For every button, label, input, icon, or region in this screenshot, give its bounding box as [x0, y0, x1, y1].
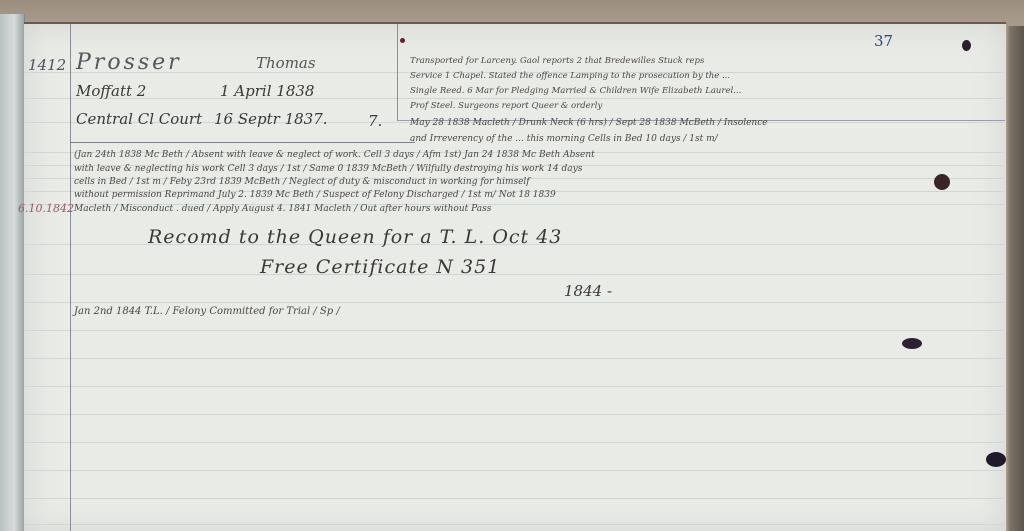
- rule-line: [24, 98, 1004, 99]
- rule-line: [24, 386, 1004, 387]
- rule-line: [24, 524, 1004, 525]
- column-divider: [397, 24, 398, 120]
- rule-line: [24, 358, 1004, 359]
- trial-date: 16 Septr 1837.: [214, 110, 328, 128]
- offence-line: and Irreverency of the ... this morning …: [410, 134, 718, 144]
- forename: Thomas: [256, 54, 316, 72]
- ship-name: Moffatt 2: [76, 82, 146, 100]
- margin-line: [70, 24, 71, 531]
- rule-line: [24, 470, 1004, 471]
- offence-line: (Jan 24th 1838 Mc Beth / Absent with lea…: [74, 150, 595, 160]
- offence-line: cells in Bed / 1st m / Feby 23rd 1839 Mc…: [74, 177, 530, 187]
- court-name: Central Cl Court: [76, 110, 202, 128]
- free-certificate: Free Certificate N 351: [260, 256, 500, 278]
- description-line: Prof Steel. Surgeons report Queer & orde…: [410, 101, 602, 111]
- page-number: 37: [874, 32, 893, 50]
- left-page-edge: [0, 14, 25, 531]
- final-entry: Jan 2nd 1844 T.L. / Felony Committed for…: [74, 306, 340, 317]
- sentence-years: 7.: [368, 112, 382, 130]
- margin-date: 6.10.1842: [18, 202, 74, 215]
- ink-blot: [962, 40, 971, 51]
- entry-number: 1412: [28, 56, 66, 74]
- register-page: 37 1412 6.10.1842 Prosser Thomas Moffatt…: [24, 22, 1006, 531]
- page-right-edge: [1004, 26, 1024, 531]
- rule-line: [24, 442, 1004, 443]
- rule-line: [24, 498, 1004, 499]
- offence-line: with leave & neglecting his work Cell 3 …: [74, 164, 582, 174]
- offence-line: without permission Reprimand July 2. 183…: [74, 190, 556, 200]
- header-box-bottom: [70, 142, 415, 143]
- arrival-date: 1 April 1838: [220, 82, 314, 100]
- description-line: Single Reed. 6 Mar for Pledging Married …: [410, 86, 741, 96]
- description-line: Transported for Larceny. Gaol reports 2 …: [410, 56, 704, 66]
- ink-blot: [934, 174, 950, 190]
- rule-line: [24, 414, 1004, 415]
- rule-line: [24, 274, 1004, 275]
- ink-blot: [902, 338, 922, 349]
- ink-blot: [986, 452, 1006, 467]
- offence-line: May 28 1838 Macleth / Drunk Neck (6 hrs)…: [410, 118, 768, 128]
- recommendation: Recomd to the Queen for a T. L. Oct 43: [148, 226, 562, 248]
- certificate-year: 1844 -: [564, 282, 612, 300]
- description-line: Service 1 Chapel. Stated the offence Lam…: [410, 71, 730, 81]
- ink-blot: [400, 38, 405, 43]
- rule-line: [24, 330, 1004, 331]
- rule-line: [24, 302, 1004, 303]
- surname: Prosser: [76, 50, 182, 75]
- offence-line: Macleth / Misconduct . dued / Apply Augu…: [74, 204, 491, 214]
